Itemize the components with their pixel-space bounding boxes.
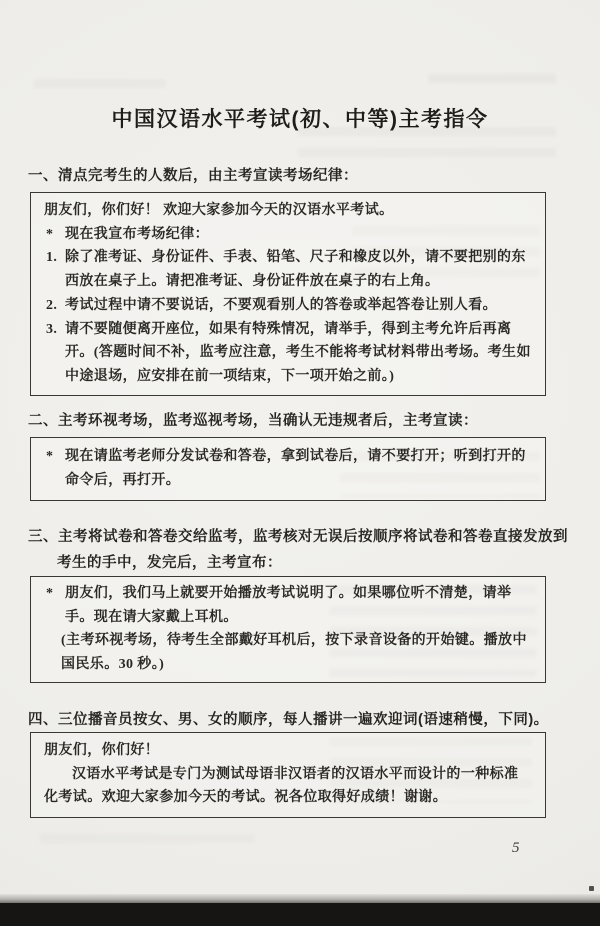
script-paragraph: *现在请监考老师分发试卷和答卷，拿到试卷后，请不要打开；听到打开的命令后，再打开…	[44, 445, 532, 493]
section-4-script-box: 朋友们，你们好！ 汉语水平考试是专门为测试母语非汉语者的汉语水平而设计的一种标准…	[30, 732, 546, 818]
section-3-script-box: *朋友们，我们马上就要开始播放考试说明了。如果哪位听不清楚，请举手。现在请大家戴…	[30, 576, 546, 683]
scan-edge-strip	[0, 903, 600, 926]
section-3-heading: 三、主考将试卷和答卷交给监考，监考核对无误后按顺序将试卷和答卷直接发放到考生的手…	[28, 524, 577, 576]
script-paragraph: 3.请不要随便离开座位，如果有特殊情况，请举手，得到主考允许后再离开。(答题时间…	[44, 318, 532, 389]
paragraph-text: 汉语水平考试是专门为测试母语非汉语者的汉语水平而设计的一种标准化考试。欢迎大家参…	[44, 767, 518, 806]
scan-speck	[589, 886, 594, 891]
bleedthrough-artifact	[34, 79, 166, 96]
paragraph-text: 朋友们，我们马上就要开始播放考试说明了。如果哪位听不清楚，请举手。现在请大家戴上…	[65, 586, 511, 625]
list-marker: *	[46, 445, 53, 469]
paragraph-text: 除了准考证、身份证件、手表、铅笔、尺子和橡皮以外，请不要把别的东西放在桌子上。请…	[65, 250, 526, 289]
scan-edge-gradient	[0, 894, 600, 903]
paragraph-text: 现在我宣布考场纪律：	[65, 227, 209, 242]
section-4-heading: 四、三位播音员按女、男、女的顺序，每人播讲一遍欢迎词(语速稍慢，下同)。	[28, 707, 577, 733]
paragraph-text: 请不要随便离开座位，如果有特殊情况，请举手，得到主考允许后再离开。(答题时间不补…	[65, 322, 531, 384]
script-paragraph: 1.除了准考证、身份证件、手表、铅笔、尺子和橡皮以外，请不要把别的东西放在桌子上…	[44, 246, 532, 293]
list-marker: *	[46, 223, 53, 247]
list-marker: *	[46, 582, 53, 606]
script-paragraph: *朋友们，我们马上就要开始播放考试说明了。如果哪位听不清楚，请举手。现在请大家戴…	[44, 582, 532, 629]
paragraph-text: (主考环视考场，待考生全部戴好耳机后，按下录音设备的开始键。播放中国民乐。30 …	[61, 633, 527, 672]
section-1-script-box: 朋友们，你们好！ 欢迎大家参加今天的汉语水平考试。 *现在我宣布考场纪律： 1.…	[30, 192, 546, 396]
script-paragraph: *现在我宣布考场纪律：	[44, 223, 532, 247]
paragraph-text: 现在请监考老师分发试卷和答卷，拿到试卷后，请不要打开；听到打开的命令后，再打开。	[65, 449, 526, 488]
bleedthrough-artifact	[428, 74, 556, 94]
list-marker: 3.	[46, 318, 57, 342]
script-paragraph: 2.考试过程中请不要说话，不要观看别人的答卷或举起答卷让别人看。	[44, 294, 532, 318]
paragraph-text: 考试过程中请不要说话，不要观看别人的答卷或举起答卷让别人看。	[65, 298, 497, 313]
script-paragraph: 朋友们，你们好！ 欢迎大家参加今天的汉语水平考试。	[44, 199, 532, 223]
section-2-script-box: *现在请监考老师分发试卷和答卷，拿到试卷后，请不要打开；听到打开的命令后，再打开…	[30, 437, 546, 501]
paragraph-text: 朋友们，你们好！ 欢迎大家参加今天的汉语水平考试。	[44, 203, 394, 218]
script-paragraph: 朋友们，你们好！	[44, 739, 532, 763]
list-marker: 2.	[46, 294, 57, 318]
scanned-book-page: 中国汉语水平考试(初、中等)主考指令 一、清点完考生的人数后，由主考宣读考场纪律…	[0, 0, 600, 926]
page-number: 5	[512, 840, 520, 857]
bleedthrough-artifact	[40, 834, 255, 849]
section-1-heading: 一、清点完考生的人数后，由主考宣读考场纪律：	[28, 163, 577, 189]
script-stage-direction: (主考环视考场，待考生全部戴好耳机后，按下录音设备的开始键。播放中国民乐。30 …	[44, 629, 532, 676]
page-title: 中国汉语水平考试(初、中等)主考指令	[0, 103, 600, 133]
paragraph-text: 朋友们，你们好！	[44, 743, 159, 758]
section-2-heading: 二、主考环视考场，监考巡视考场，当确认无违规者后，主考宣读：	[28, 408, 577, 434]
list-marker: 1.	[46, 246, 57, 270]
script-paragraph: 汉语水平考试是专门为测试母语非汉语者的汉语水平而设计的一种标准化考试。欢迎大家参…	[44, 763, 532, 810]
